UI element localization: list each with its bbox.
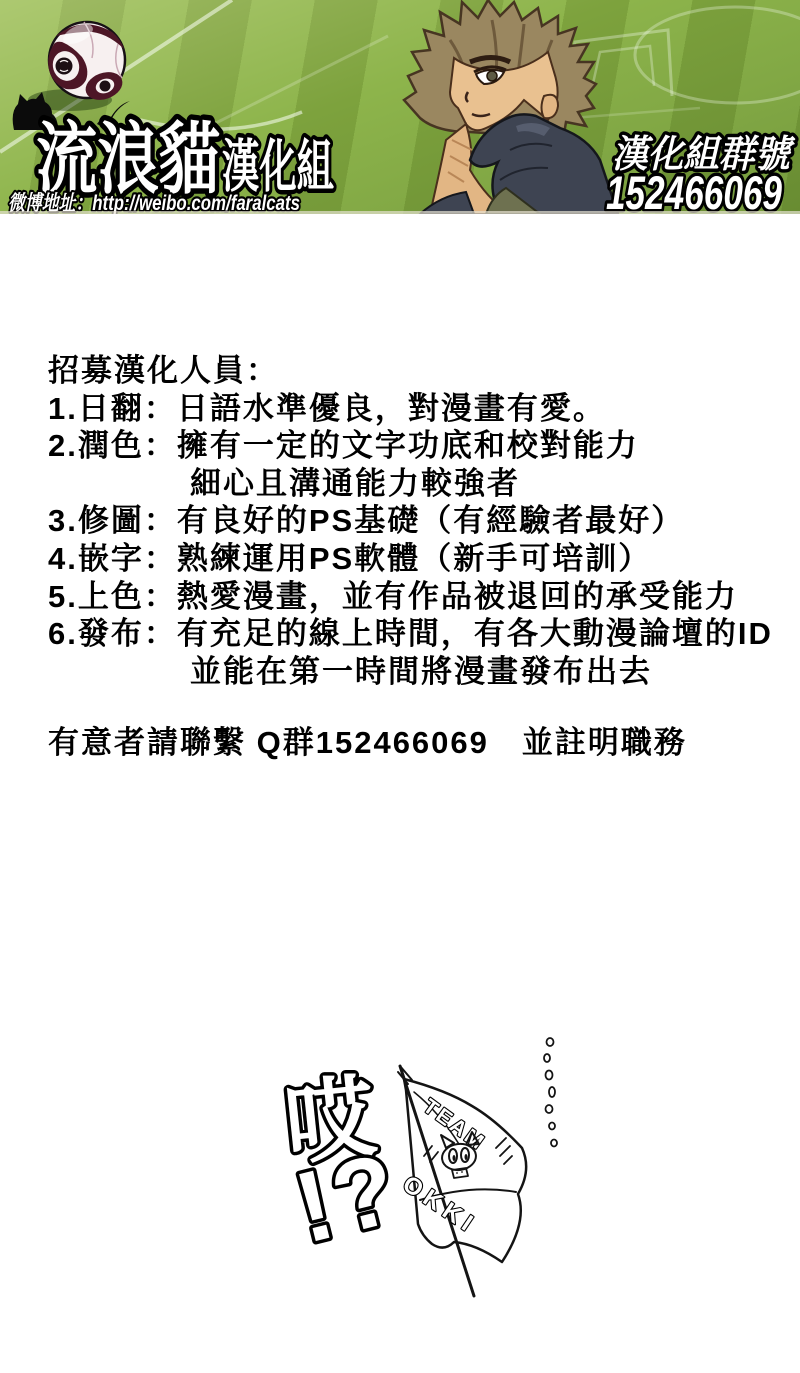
recruitment-line-3: 3.修圖：有良好的PS基礎（有經驗者最好） [48, 502, 773, 540]
bubble-trail [544, 1038, 557, 1147]
character-illustration [404, 0, 618, 214]
recruitment-section: 招募漢化人員： 1.日翻：日語水準優良，對漫畫有愛。 2.潤色：擁有一定的文字功… [48, 352, 773, 762]
group-name-suffix: 漢化組 [222, 135, 334, 199]
recruitment-line-4: 4.嵌字：熟練運用PS軟體（新手可培訓） [48, 540, 773, 578]
contact-line: 有意者請聯繫 Q群152466069 並註明職務 [48, 717, 773, 762]
recruitment-line-2-cont: 細心且溝通能力較強者 [48, 465, 773, 503]
bang-text: !? [285, 1131, 411, 1264]
recruitment-line-6: 6.發布：有充足的線上時間，有各大動漫論壇的ID [48, 615, 773, 653]
recruitment-line-1: 1.日翻：日語水準優良，對漫畫有愛。 [48, 390, 773, 428]
recruitment-line-6-cont: 並能在第一時間將漫畫發布出去 [48, 653, 773, 691]
qq-group-number: 152466069 [606, 166, 782, 214]
banner-art: 流浪貓 漢化組 微博地址：http://weibo.com/faralcats … [0, 0, 800, 214]
recruitment-line-2: 2.潤色：擁有一定的文字功底和校對能力 [48, 427, 773, 465]
banner: 流浪貓 漢化組 微博地址：http://weibo.com/faralcats … [0, 0, 800, 214]
scanlation-credits-page: 流浪貓 漢化組 微博地址：http://weibo.com/faralcats … [0, 0, 800, 1373]
weibo-address: 微博地址：http://weibo.com/faralcats [8, 191, 300, 214]
sketch-art: 哎 !? TEAM OKKI [250, 1020, 580, 1320]
flag-word-okki: OKKI [398, 1170, 483, 1239]
recruitment-heading: 招募漢化人員： [48, 352, 773, 390]
team-flag: TEAM OKKI [398, 1079, 527, 1262]
recruitment-line-5: 5.上色：熱愛漫畫，並有作品被退回的承受能力 [48, 578, 773, 616]
manga-sketch: 哎 !? TEAM OKKI [250, 1020, 580, 1320]
group-name-main: 流浪貓 [36, 115, 220, 203]
